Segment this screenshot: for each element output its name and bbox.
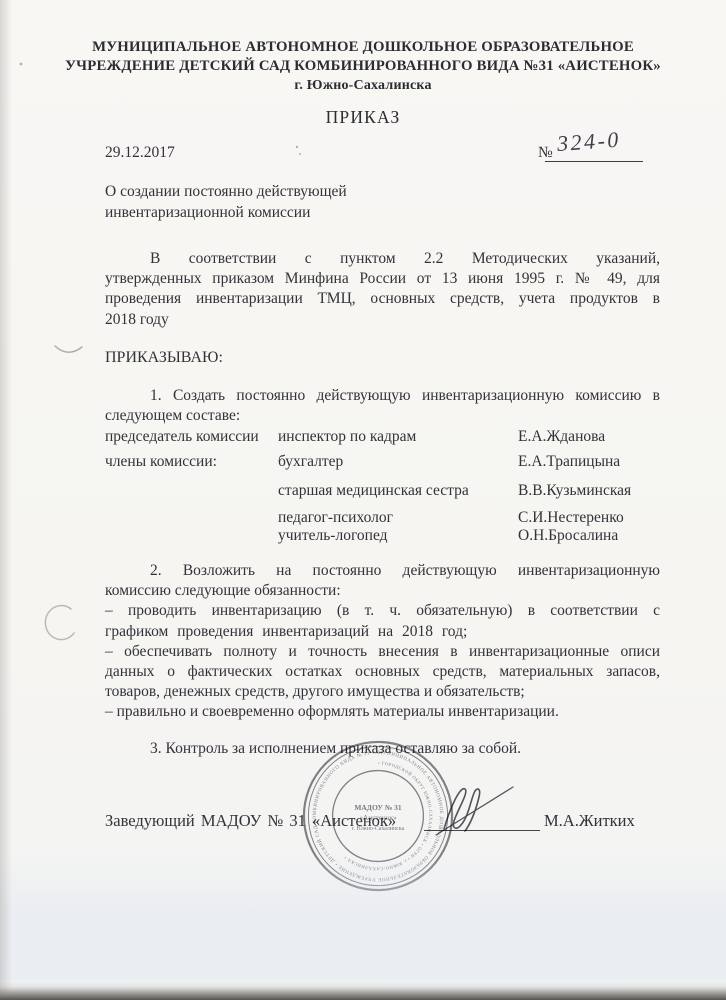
item2-line: товаров, денежных средств, другого имуще… xyxy=(105,682,660,702)
item2-line: данных о фактических остатках основных с… xyxy=(105,662,660,682)
order-number-value: 324-0 xyxy=(556,127,621,157)
item2-line: – правильно и своевременно оформлять мат… xyxy=(105,702,660,722)
stamp-center-line2: «Аистенок» xyxy=(359,813,397,822)
position-cell: бухгалтер xyxy=(278,453,343,471)
person-cell: Е.А.Жданова xyxy=(518,428,605,446)
item2-paragraph: 2. Возложить на постоянно действующую ин… xyxy=(105,561,660,723)
item2-line: – проводить инвентаризацию (в т. ч. обяз… xyxy=(105,601,660,621)
position-cell: инспектор по кадрам xyxy=(278,428,416,446)
role-cell: члены комиссии: xyxy=(105,453,217,471)
intro-line: проведения инвентаризации ТМЦ, основных … xyxy=(105,289,660,309)
person-cell: Е.А.Трапицына xyxy=(518,453,620,471)
round-stamp: МУНИЦИПАЛЬНОЕ АВТОНОМНОЕ ДОШКОЛЬНОЕ ОБРА… xyxy=(299,737,457,895)
subject-line2: инвентаризационной комиссии xyxy=(105,203,310,223)
commission-row: члены комиссии: бухгалтер Е.А.Трапицына xyxy=(105,453,660,473)
org-city: г. Южно-Сахалинска xyxy=(0,78,726,94)
org-name-line1: МУНИЦИПАЛЬНОЕ АВТОНОМНОЕ ДОШКОЛЬНОЕ ОБРА… xyxy=(0,39,726,56)
org-name-line2: УЧРЕЖДЕНИЕ ДЕТСКИЙ САД КОМБИНИРОВАННОГО … xyxy=(0,58,726,75)
intro-line: В соответствии с пунктом 2.2 Методически… xyxy=(105,249,660,269)
position-cell: учитель-логопед xyxy=(278,527,388,545)
scan-edge-left xyxy=(0,0,12,1000)
pen-mark-c xyxy=(45,606,74,640)
order-date: 29.12.2017 xyxy=(105,143,175,163)
item1-line: следующем составе: xyxy=(105,406,660,426)
item2-line: графиком проведения инвентаризаций на 20… xyxy=(105,622,660,642)
order-number-label: № xyxy=(538,143,553,163)
person-cell: О.Н.Бросалина xyxy=(518,527,618,545)
item2-line: комиссию следующие обязанности: xyxy=(105,581,660,601)
scan-edge-bottom xyxy=(0,980,726,1000)
role-cell: председатель комиссии xyxy=(105,428,259,446)
commission-table: председатель комиссии инспектор по кадра… xyxy=(105,428,660,550)
person-cell: С.И.Нестеренко xyxy=(518,509,624,527)
order-verb: ПРИКАЗЫВАЮ: xyxy=(105,349,223,367)
person-cell: В.В.Кузьминская xyxy=(518,482,631,500)
scan-speck xyxy=(299,153,301,155)
scanned-order-document: МУНИЦИПАЛЬНОЕ АВТОНОМНОЕ ДОШКОЛЬНОЕ ОБРА… xyxy=(0,0,726,1000)
item2-line: – обеспечивать полноту и точность внесен… xyxy=(105,642,660,662)
item1-paragraph: 1. Создать постоянно действующую инвента… xyxy=(105,386,660,426)
item2-line: 2. Возложить на постоянно действующую ин… xyxy=(105,561,660,581)
stamp-center-line3: г. Южно-Сахалинска xyxy=(352,826,405,832)
position-cell: старшая медицинская сестра xyxy=(278,482,469,500)
signatory-name: М.А.Житких xyxy=(544,811,635,831)
commission-row: учитель-логопед О.Н.Бросалина xyxy=(105,527,660,547)
doc-type-title: ПРИКАЗ xyxy=(0,107,726,128)
commission-row: председатель комиссии инспектор по кадра… xyxy=(105,428,660,448)
position-cell: педагог-психолог xyxy=(278,509,393,527)
commission-row: старшая медицинская сестра В.В.Кузьминск… xyxy=(105,482,660,502)
intro-paragraph: В соответствии с пунктом 2.2 Методически… xyxy=(105,249,660,330)
pen-mark-smile xyxy=(55,346,82,352)
number-underline xyxy=(545,161,643,162)
intro-line: утвержденных приказом Минфина России от … xyxy=(105,269,660,289)
commission-row: педагог-психолог С.И.Нестеренко xyxy=(105,509,660,529)
stamp-center-line1: МАДОУ № 31 xyxy=(354,803,402,812)
intro-line: 2018 году xyxy=(105,310,660,330)
scan-speck xyxy=(296,146,298,148)
item1-line: 1. Создать постоянно действующую инвента… xyxy=(105,386,660,406)
subject-line1: О создании постоянно действующей xyxy=(105,182,347,202)
